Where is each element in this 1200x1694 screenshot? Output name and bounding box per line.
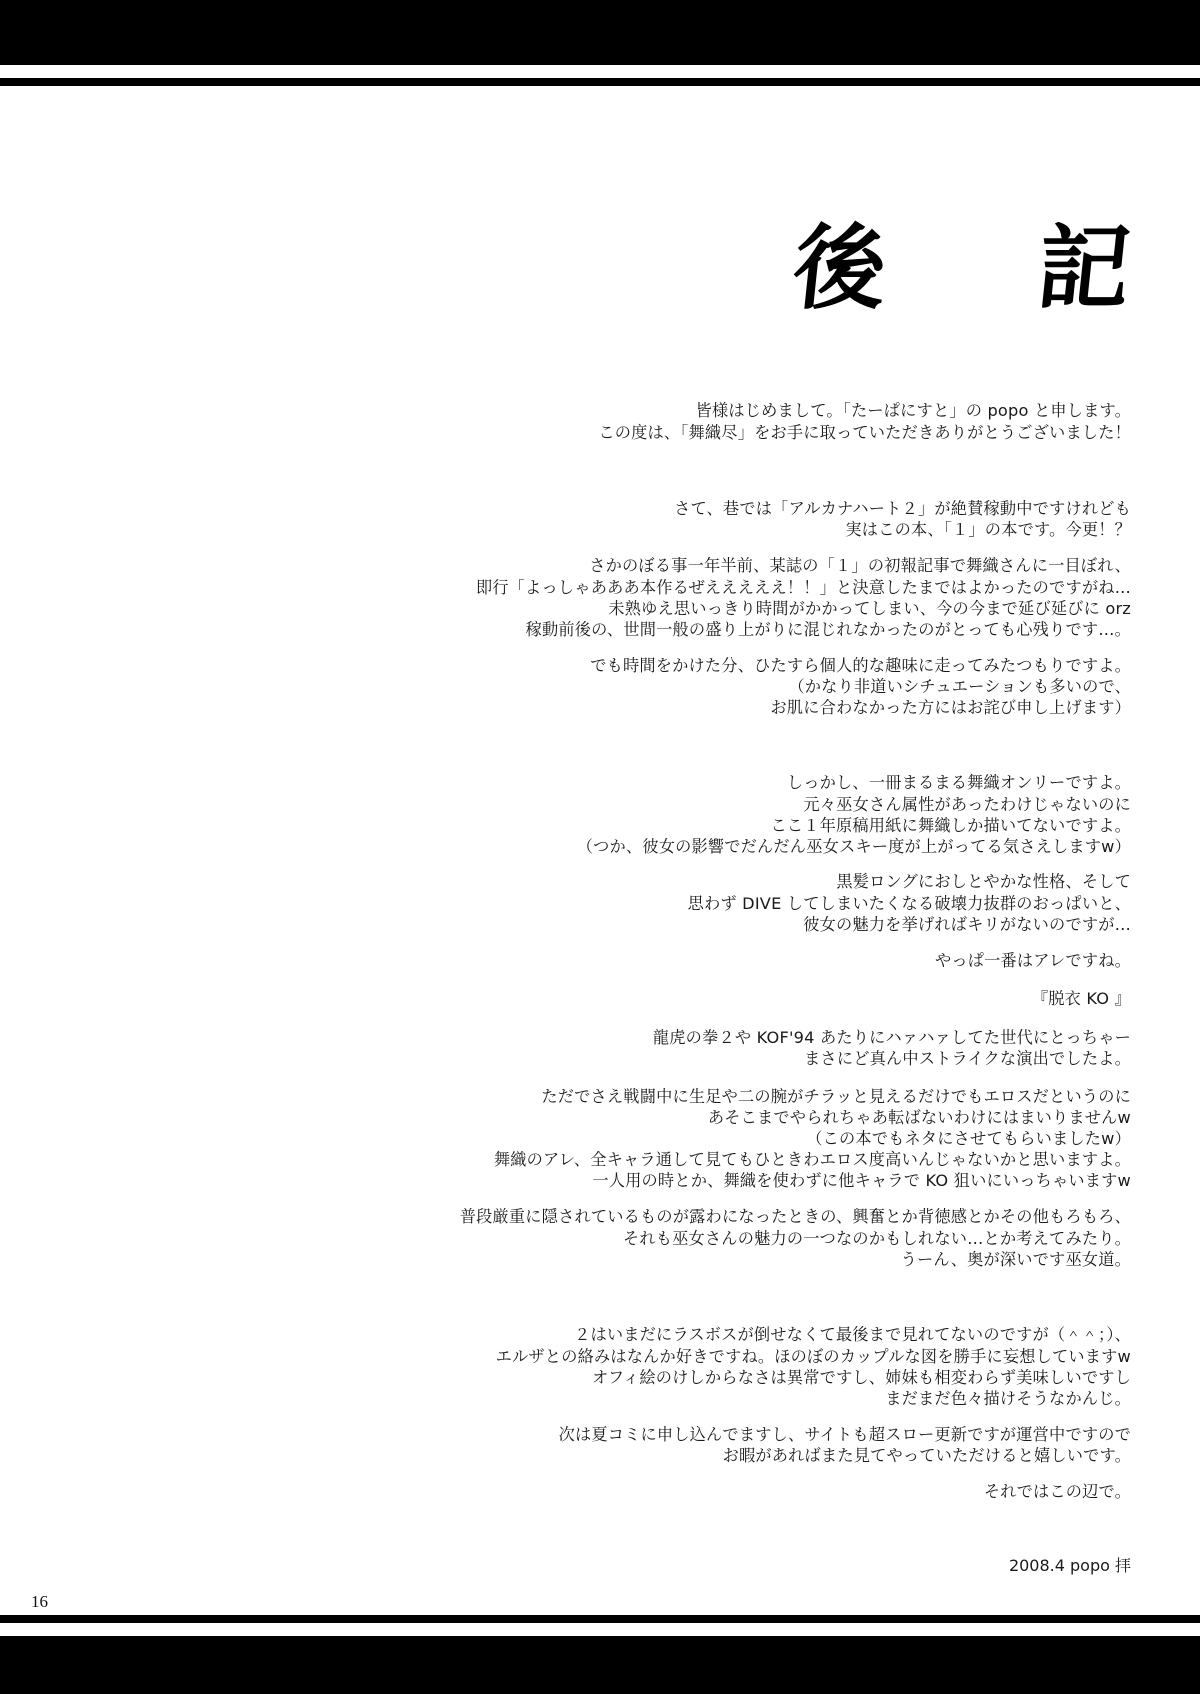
text-line: ここ１年原稿用紙に舞織しか描いてないですよ。 [770,816,1131,836]
text-line: 稼動前後の、世間一般の盛り上がりに混じれなかったのがとっても心残りです…。 [526,620,1131,640]
text-line: さて、巷では「アルカナハート２」が絶賛稼動中ですけれども [674,499,1131,519]
text-line: お暇があればまた見てやっていただけると嬉しいです。 [723,1446,1131,1466]
text-line: ２はいまだにラスボスが倒せなくて最後まで見れてないのですが（＾＾；）、 [574,1325,1131,1345]
text-line: お肌に合わなかった方にはお詫び申し上げます） [770,698,1131,718]
text-line: 未熟ゆえ思いっきり時間がかかってしまい、今の今まで延び延びに orz [608,599,1131,619]
text-line: さかのぼる事一年半前、某誌の「１」の初報記事で舞織さんに一目ぼれ、 [589,556,1131,576]
afterword-body: 皆様はじめまして。「たーぱにすと」の popo と申します。この度は、「舞織尽」… [0,0,1200,1694]
text-line: 彼女の魅力を挙げればキリがないのですが… [803,915,1131,935]
text-line: しっかし、一冊まるまる舞織オンリーですよ。 [787,773,1131,793]
text-line: うーん、奥が深いです巫女道。 [901,1250,1131,1270]
text-line: 一人用の時とか、舞織を使わずに他キャラで KO 狙いにいっちゃいますw [592,1171,1131,1191]
text-line: 普段厳重に隠されているものが露わになったときの、興奮とか背徳感とかその他もろもろ… [460,1207,1131,1227]
text-line: やっぱ一番はアレですね。 [935,951,1131,971]
bottom-border-rule [0,1615,1200,1623]
text-line: 次は夏コミに申し込んでますし、サイトも超スロー更新ですが運営中ですので [559,1425,1131,1445]
text-line: まさにど真ん中ストライクな演出でしたよ。 [804,1049,1131,1069]
text-line: でも時間をかけた分、ひたすら個人的な趣味に走ってみたつもりですよ。 [590,656,1131,676]
text-line: （かなり非道いシチュエーションも多いので、 [788,677,1131,697]
text-line: 『脱衣 KO 』 [1032,989,1131,1009]
signature: 2008.4 popo 拝 [1009,1556,1131,1576]
text-line: 黒髪ロングにおしとやかな性格、そして [836,872,1131,892]
text-line: 舞織のアレ、全キャラ通して見てもひときわエロス度高いんじゃないかと思いますよ。 [494,1150,1131,1170]
text-line: エルザとの絡みはなんか好きですね。ほのぼのカップルな図を勝手に妄想していますw [496,1347,1131,1367]
text-line: 皆様はじめまして。「たーぱにすと」の popo と申します。 [696,401,1131,421]
text-line: （つか、彼女の影響でだんだん巫女スキー度が上がってる気さえしますw） [577,837,1131,857]
page-number: 16 [31,1592,48,1612]
text-line: あそこまでやられちゃあ転ばないわけにはまいりませんw [708,1108,1131,1128]
text-line: ただでさえ戦闘中に生足や二の腕がチラッと見えるだけでもエロスだというのに [541,1087,1131,1107]
text-line: （この本でもネタにさせてもらいましたw） [806,1129,1131,1149]
text-line: オフィ絵のけしからなさは異常ですし、姉妹も相変わらず美味しいですし [592,1368,1131,1388]
text-line: それではこの辺で。 [984,1482,1131,1502]
text-line: まだまだ色々描けそうなかんじ。 [885,1389,1131,1409]
text-line: 実はこの本、「１」の本です。今更！？ [845,520,1131,540]
text-line: 即行「よっしゃあああ本作るぜえええええ！！」と決意したまではよかったのですがね… [476,578,1131,598]
text-line: この度は、「舞織尽」をお手に取っていただきありがとうございました！ [598,423,1131,443]
text-line: 思わず DIVE してしまいたくなる破壊力抜群のおっぱいと、 [688,894,1131,914]
bottom-border-band [0,1636,1200,1694]
text-line: それも巫女さんの魅力の一つなのかもしれない…とか考えてみたり。 [623,1229,1131,1249]
text-line: 元々巫女さん属性があったわけじゃないのに [803,795,1131,815]
text-line: 龍虎の拳２や KOF'94 あたりにハァハァしてた世代にとっちゃー [653,1028,1131,1048]
